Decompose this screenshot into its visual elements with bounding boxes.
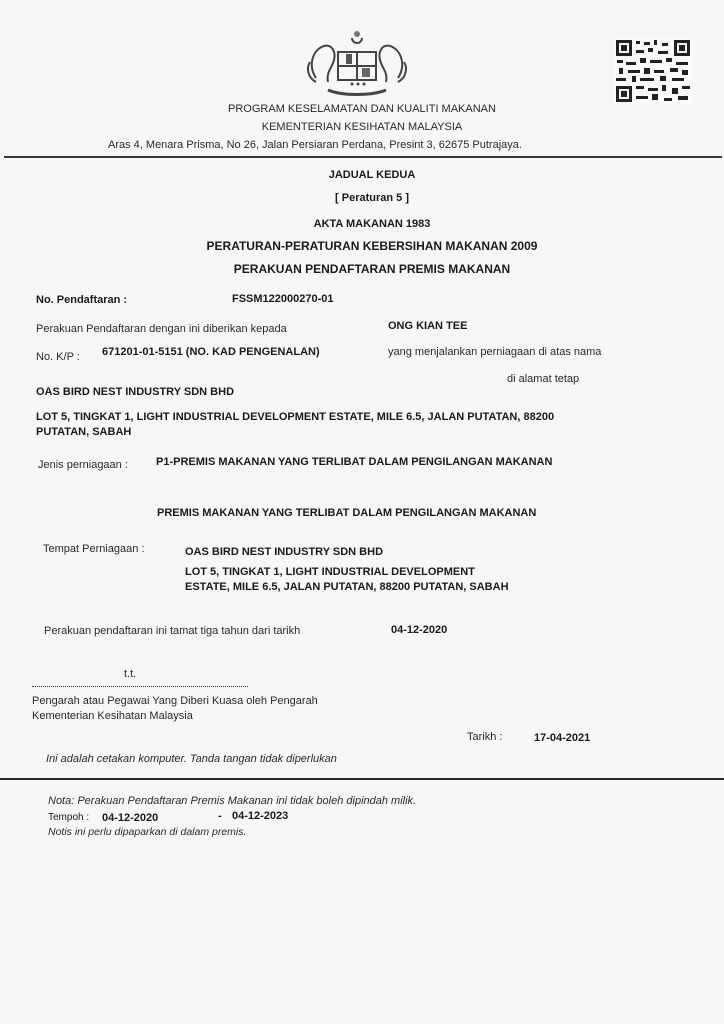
- registration-number: FSSM122000270-01: [232, 293, 334, 305]
- expiry-date: 04-12-2020: [391, 624, 447, 636]
- business-type-value: P1-PREMIS MAKANAN YANG TERLIBAT DALAM PE…: [156, 456, 552, 468]
- premises-address-line1: LOT 5, TINGKAT 1, LIGHT INDUSTRIAL DEVEL…: [185, 566, 475, 578]
- program-name: PROGRAM KESELAMATAN DAN KUALITI MAKANAN: [0, 103, 724, 115]
- premises-address-line2: ESTATE, MILE 6.5, JALAN PUTATAN, 88200 P…: [185, 581, 509, 593]
- footer-divider: [0, 778, 724, 780]
- grantee-name: ONG KIAN TEE: [388, 320, 467, 332]
- period-separator: -: [218, 810, 222, 822]
- rules-title: PERATURAN-PERATURAN KEBERSIHAN MAKANAN 2…: [0, 239, 724, 253]
- ministry-address: Aras 4, Menara Prisma, No 26, Jalan Pers…: [108, 139, 522, 151]
- premises-name: OAS BIRD NEST INDUSTRY SDN BHD: [185, 546, 383, 558]
- schedule-title: JADUAL KEDUA: [0, 169, 724, 181]
- signature-line: [32, 686, 248, 687]
- display-note: Notis ini perlu dipaparkan di dalam prem…: [48, 826, 246, 838]
- expiry-text: Perakuan pendaftaran ini tamat tiga tahu…: [44, 625, 300, 637]
- regulation-ref: [ Peraturan 5 ]: [0, 192, 724, 204]
- id-label: No. K/P :: [36, 351, 80, 363]
- address-text: di alamat tetap: [507, 373, 579, 385]
- premises-label: Tempat Perniagaan :: [43, 543, 145, 555]
- period-end: 04-12-2023: [232, 810, 288, 822]
- company-address-line1: LOT 5, TINGKAT 1, LIGHT INDUSTRIAL DEVEL…: [36, 411, 554, 423]
- act-title: AKTA MAKANAN 1983: [0, 218, 724, 230]
- issue-date-label: Tarikh :: [467, 731, 502, 743]
- signatory-ministry: Kementerian Kesihatan Malaysia: [32, 710, 193, 722]
- business-type-label: Jenis perniagaan :: [38, 459, 128, 471]
- transfer-note: Nota: Perakuan Pendaftaran Premis Makana…: [48, 795, 416, 807]
- company-name: OAS BIRD NEST INDUSTRY SDN BHD: [36, 386, 234, 398]
- qr-code-icon: [614, 38, 692, 104]
- company-address-line2: PUTATAN, SABAH: [36, 426, 131, 438]
- issue-date-value: 17-04-2021: [534, 732, 590, 744]
- ministry-name: KEMENTERIAN KESIHATAN MALAYSIA: [0, 121, 724, 133]
- grantee-intro: Perakuan Pendaftaran dengan ini diberika…: [36, 323, 287, 335]
- business-text: yang menjalankan perniagaan di atas nama: [388, 346, 601, 358]
- coat-of-arms-icon: [302, 28, 412, 100]
- period-label: Tempoh :: [48, 812, 89, 823]
- computer-print-note: Ini adalah cetakan komputer. Tanda tanga…: [46, 753, 337, 765]
- certificate-title: PERAKUAN PENDAFTARAN PREMIS MAKANAN: [0, 262, 724, 276]
- period-start: 04-12-2020: [102, 812, 158, 824]
- id-value: 671201-01-5151 (NO. KAD PENGENALAN): [102, 346, 320, 358]
- signature-tt: t.t.: [124, 668, 136, 680]
- header-divider: [4, 156, 722, 158]
- registration-label: No. Pendaftaran :: [36, 294, 127, 306]
- category-heading: PREMIS MAKANAN YANG TERLIBAT DALAM PENGI…: [157, 507, 536, 519]
- signatory-title: Pengarah atau Pegawai Yang Diberi Kuasa …: [32, 695, 318, 707]
